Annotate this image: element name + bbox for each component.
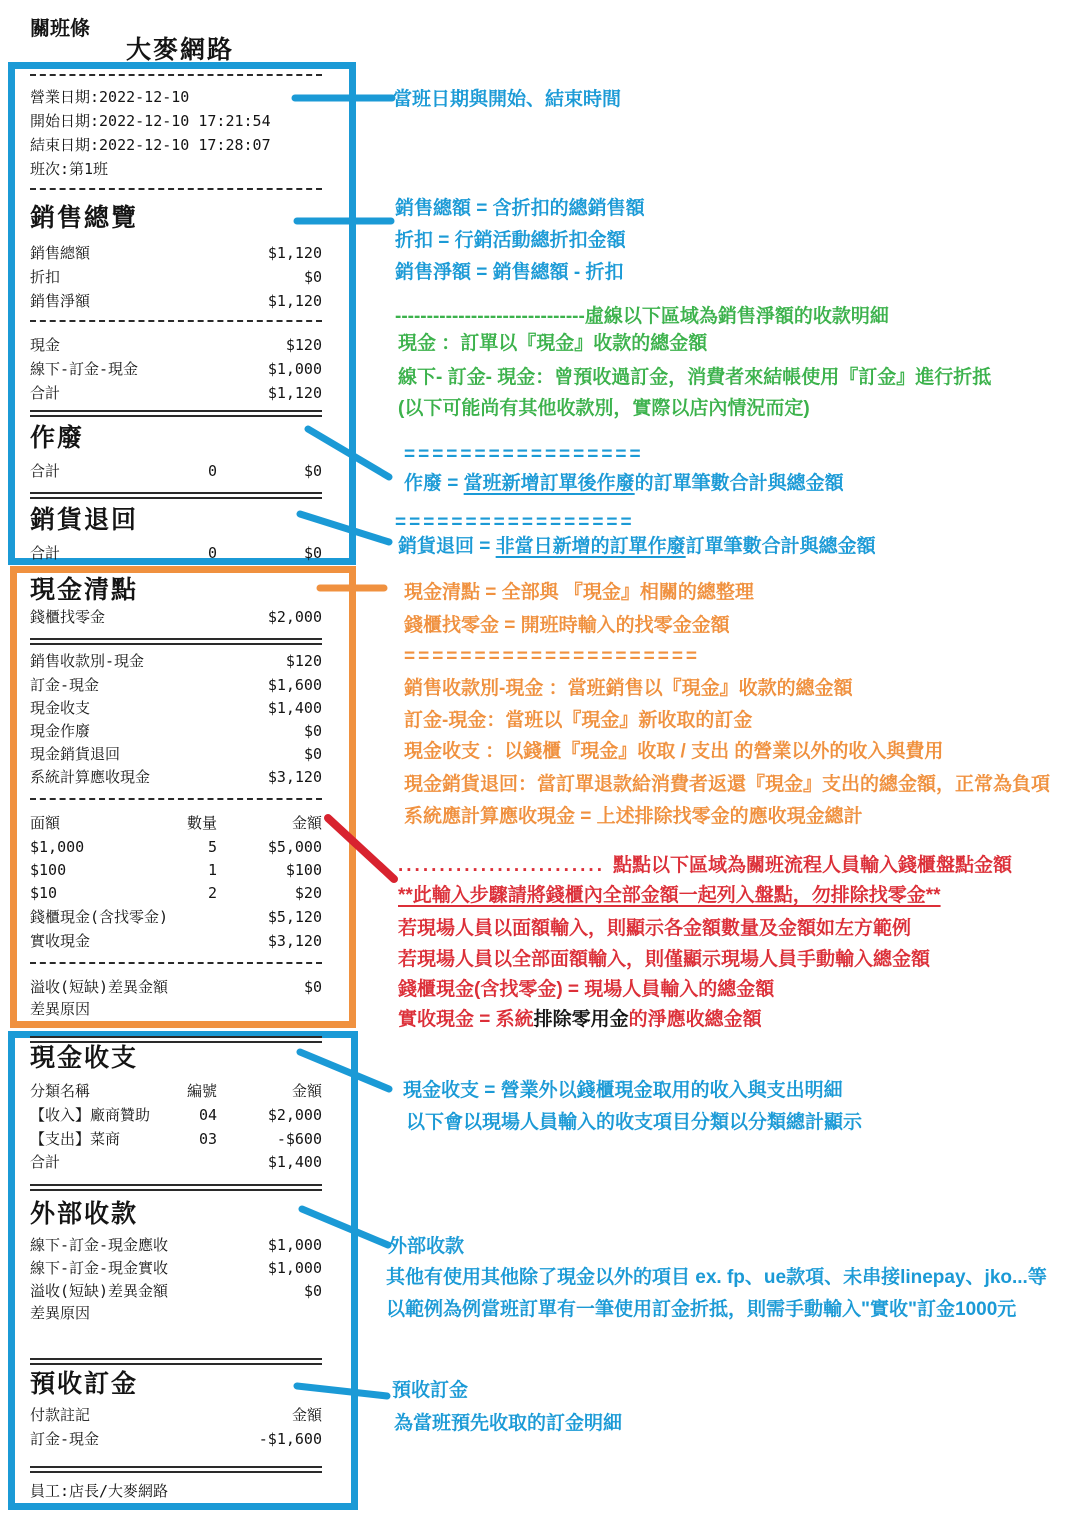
row-label: 現金收支: [30, 697, 217, 719]
row-label: 銷售淨額: [30, 290, 217, 312]
note-system-expected-cash: 系統應計算應收現金 = 上述排除找零金的應收現金總計: [404, 805, 863, 829]
row-value: $0: [217, 1280, 322, 1302]
row-cash-inout: 現金收支$1,400: [30, 697, 322, 719]
row-external-diff: 溢收(短缺)差異金額$0: [30, 1280, 322, 1302]
note-external-other-items: 其他有使用其他除了現金以外的項目 ex. fp、ue款項、未串接linepay、…: [386, 1266, 1047, 1290]
row-label: 合計: [30, 460, 162, 482]
row-label: 線下-訂金-現金實收: [30, 1257, 217, 1279]
divider-dashed: [30, 320, 322, 322]
row-void-total: 合計0$0: [30, 460, 322, 482]
divider-dashed: [30, 188, 322, 190]
divider-dashed: [30, 962, 322, 964]
note-equals-separator: =====================: [404, 645, 700, 669]
row-over-short-diff: 溢收(短缺)差異金額$0: [30, 976, 322, 998]
row-income-vendor-sponsor: 【收入】廠商贊助04$2,000: [30, 1104, 322, 1126]
row-value: $1,400: [217, 697, 322, 719]
divider-double: [30, 638, 322, 645]
note-cash-pay: 現金 ：訂單以『現金』收款的總金額: [398, 332, 707, 356]
note-part: 銷貨退回 =: [398, 536, 496, 557]
row-drawer-cash-with-float: 錢櫃現金(含找零金)$5,120: [30, 906, 322, 928]
page-label: 關班條: [30, 12, 90, 41]
shift-start-time: 開始日期:2022-12-10 17:21:54: [30, 110, 322, 132]
row-label: 系統計算應收現金: [30, 766, 217, 788]
row-denomination-header: 面額數量金額: [30, 812, 322, 834]
row-count: 1: [162, 859, 217, 881]
row-label: 合計: [30, 542, 162, 564]
row-drawer-float: 錢櫃找零金$2,000: [30, 606, 322, 628]
note-cash-io-definition: 現金收支 = 營業外以錢櫃現金取用的收入與支出明細: [403, 1079, 843, 1103]
row-label: 溢收(短缺)差異金額: [30, 1280, 217, 1302]
row-value: $0: [217, 542, 322, 564]
row-count: 5: [162, 836, 217, 858]
note-part-underlined: 非當日新增的訂單作廢: [496, 536, 686, 557]
row-label: 合計: [30, 1151, 217, 1173]
row-deposit-cash-entry: 訂金-現金-$1,600: [30, 1428, 322, 1450]
shift-line: 開始日期:2022-12-10 17:21:54: [30, 110, 322, 132]
row-value: $5,120: [217, 906, 322, 928]
note-actual-cash: 實收現金 = 系統排除零用金的淨應收總金額: [398, 1008, 762, 1032]
row-value: $0: [217, 743, 322, 765]
section-header-external: 外部收款: [30, 1200, 138, 1228]
row-diff-reason: 差異原因: [30, 998, 322, 1020]
note-count-all-warning: **此輸入步驟請將錢櫃內全部金額一起列入盤點，勿排除找零金**: [398, 884, 941, 908]
row-sales-total: 銷售總額$1,120: [30, 242, 322, 264]
divider-double: [30, 410, 322, 417]
row-value: $1,000: [217, 1257, 322, 1279]
row-actual-cash: 實收現金$3,120: [30, 930, 322, 952]
divider-double: [30, 492, 322, 499]
col-label: 金額: [217, 812, 322, 834]
note-returns-definition: 銷貨退回 = 非當日新增的訂單作廢訂單筆數合計與總金額: [398, 535, 876, 559]
note-dotted-region: .........................點點以下區域為關班流程人員輸入…: [398, 854, 1012, 878]
row-value: $1,000: [217, 358, 322, 380]
row-deposit-cash: 訂金-現金$1,600: [30, 674, 322, 696]
row-label: 現金作廢: [30, 720, 217, 742]
row-value: $0: [217, 720, 322, 742]
note-void-definition: 作廢 = 當班新增訂單後作廢的訂單筆數合計與總金額: [404, 472, 844, 496]
note-sales-total: 銷售總額 = 含折扣的總銷售額: [395, 197, 645, 221]
note-drawer-cash-with-float: 錢櫃現金(含找零金) = 現場人員輸入的總金額: [398, 978, 774, 1002]
note-shift-dates: 當班日期與開始、結束時間: [393, 88, 621, 112]
note-other-pay-types: (以下可能尚有其他收款別，實際以店內情況而定): [398, 397, 810, 421]
row-label: $1,000: [30, 836, 162, 858]
row-label: 差異原因: [30, 998, 322, 1020]
row-label: 【收入】廠商贊助: [30, 1104, 162, 1126]
note-cash-inout: 現金收支 ：以錢櫃『現金』收取 / 支出 的營業以外的收入與費用: [404, 740, 943, 764]
row-system-expected-cash: 系統計算應收現金$3,120: [30, 766, 322, 788]
row-value: $1,120: [217, 290, 322, 312]
row-label: 溢收(短缺)差異金額: [30, 976, 217, 998]
row-label: 現金銷貨退回: [30, 743, 217, 765]
col-label: 面額: [30, 812, 162, 834]
shift-business-date: 營業日期:2022-12-10: [30, 86, 322, 108]
row-value: $1,120: [217, 242, 322, 264]
row-label: 實收現金: [30, 930, 217, 952]
row-label: $10: [30, 882, 162, 904]
note-dashed-region: ------------------------------虛線以下區域為銷售淨…: [395, 305, 889, 329]
row-label: 訂金-現金: [30, 674, 217, 696]
store-title: 大麥網路: [126, 30, 234, 66]
note-external-title: 外部收款: [388, 1235, 464, 1259]
row-pay-cash: 現金$120: [30, 334, 322, 356]
row-label: 折扣: [30, 266, 217, 288]
note-offline-deposit-cash: 線下- 訂金- 現金：曾預收過訂金，消費者來結帳使用『訂金』進行折抵: [398, 366, 991, 390]
col-label: 金額: [217, 1404, 322, 1426]
row-value: $1,400: [217, 1151, 322, 1173]
note-part-dark: 排除零用金: [534, 1009, 629, 1030]
row-label: 線下-訂金-現金應收: [30, 1234, 217, 1256]
row-value: $0: [217, 266, 322, 288]
col-label: 金額: [217, 1080, 322, 1102]
row-value: -$1,600: [217, 1428, 322, 1450]
row-value: $2,000: [217, 1104, 322, 1126]
note-net-sales: 銷售淨額 = 銷售總額 - 折扣: [395, 261, 624, 285]
row-value: $3,120: [217, 766, 322, 788]
row-cash-returns: 現金銷貨退回$0: [30, 743, 322, 765]
row-count: 2: [162, 882, 217, 904]
row-value: $1,120: [217, 382, 322, 404]
note-deposit-detail: 為當班預先收取的訂金明細: [394, 1412, 622, 1436]
section-header-cash-io: 現金收支: [30, 1044, 138, 1072]
note-total-entry: 若現場人員以全部面額輸入，則僅顯示現場人員手動輸入總金額: [398, 948, 930, 972]
note-part: 點點以下區域為關班流程人員輸入錢櫃盤點金額: [613, 855, 1012, 876]
note-deposit-cash: 訂金-現金：當班以『現金』新收取的訂金: [404, 709, 752, 733]
note-external-example: 以範例為例當班訂單有一筆使用訂金折抵，則需手動輸入"實收"訂金1000元: [386, 1298, 1016, 1322]
note-cash-returns: 現金銷貨退回：當訂單退款給消費者返還『現金』支出的總金額，正常為負項: [404, 773, 1050, 797]
row-label: 合計: [30, 382, 217, 404]
row-count: 0: [162, 542, 217, 564]
row-value: $20: [217, 882, 322, 904]
note-discount: 折扣 = 行銷活動總折扣金額: [395, 229, 626, 253]
shift-line: 營業日期:2022-12-10: [30, 86, 322, 108]
note-drawer-float: 錢櫃找零金 = 開班時輸入的找零金金額: [404, 614, 730, 638]
shift-number: 班次:第1班: [30, 158, 322, 180]
col-label: 數量: [162, 812, 217, 834]
divider-dashed: [30, 798, 322, 800]
shift-line: 結束日期:2022-12-10 17:28:07: [30, 134, 322, 156]
note-deposit-title: 預收訂金: [392, 1379, 468, 1403]
row-label: 錢櫃現金(含找零金): [30, 906, 217, 928]
note-part: 訂單筆數合計與總金額: [686, 536, 876, 557]
note-cash-count-definition: 現金清點 = 全部與 『現金』相關的總整理: [404, 581, 754, 605]
row-code: 04: [162, 1104, 217, 1126]
note-part-underlined: 當班新增訂單後作廢: [464, 473, 635, 494]
row-net-sales: 銷售淨額$1,120: [30, 290, 322, 312]
row-label: 線下-訂金-現金: [30, 358, 217, 380]
note-equals-separator: =================: [395, 511, 635, 535]
row-cash-void: 現金作廢$0: [30, 720, 322, 742]
row-sales-cash: 銷售收款別-現金$120: [30, 650, 322, 672]
section-header-sales-overview: 銷售總覽: [30, 204, 138, 232]
note-cash-io-grouping: 以下會以現場人員輸入的收支項目分類以分類總計顯示: [406, 1111, 862, 1135]
section-header-void: 作廢: [30, 424, 84, 452]
row-cash-io-total: 合計$1,400: [30, 1151, 322, 1173]
row-value: $100: [217, 859, 322, 881]
shift-end-time: 結束日期:2022-12-10 17:28:07: [30, 134, 322, 156]
col-label: 分類名稱: [30, 1080, 162, 1102]
shift-line: 班次:第1班: [30, 158, 322, 180]
note-part: 實收現金 = 系統: [398, 1009, 534, 1030]
note-denomination-entry: 若現場人員以面額輸入，則顯示各金額數量及金額如左方範例: [398, 917, 911, 941]
row-external-actual: 線下-訂金-現金實收$1,000: [30, 1257, 322, 1279]
row-label: $100: [30, 859, 162, 881]
note-part: 的淨應收總金額: [629, 1009, 762, 1030]
row-label: 差異原因: [30, 1302, 322, 1324]
row-value: $1,000: [217, 1234, 322, 1256]
row-deposit-columns: 付款註記金額: [30, 1404, 322, 1426]
row-value: $3,120: [217, 930, 322, 952]
row-returns-total: 合計0$0: [30, 542, 322, 564]
row-expense-grocer: 【支出】菜商03-$600: [30, 1128, 322, 1150]
col-label: 編號: [162, 1080, 217, 1102]
row-label: 錢櫃找零金: [30, 606, 217, 628]
row-label: 【支出】菜商: [30, 1128, 162, 1150]
section-header-returns: 銷貨退回: [30, 506, 138, 534]
row-count: 0: [162, 460, 217, 482]
row-value: $1,600: [217, 674, 322, 696]
row-code: 03: [162, 1128, 217, 1150]
row-value: $5,000: [217, 836, 322, 858]
row-label: 銷售總額: [30, 242, 217, 264]
row-label: 訂金-現金: [30, 1428, 217, 1450]
row-value: $120: [217, 650, 322, 672]
row-denom-10: $102$20: [30, 882, 322, 904]
row-value: $2,000: [217, 606, 322, 628]
row-employee: 員工:店長/大麥網路: [30, 1480, 322, 1502]
row-pay-total: 合計$1,120: [30, 382, 322, 404]
note-sales-cash: 銷售收款別-現金 ：當班銷售以『現金』收款的總金額: [404, 677, 853, 701]
note-part: 的訂單筆數合計與總金額: [635, 473, 844, 494]
row-pay-offline-deposit-cash: 線下-訂金-現金$1,000: [30, 358, 322, 380]
note-dots: .........................: [398, 855, 605, 876]
row-discount: 折扣$0: [30, 266, 322, 288]
annotated-closing-slip: 關班條 大麥網路 營業日期:2022-12-10 開始日期:2022-12-10…: [0, 0, 1075, 1519]
divider-double: [30, 1184, 322, 1191]
row-value: $0: [217, 460, 322, 482]
note-equals-separator: =================: [404, 443, 644, 467]
col-label: 付款註記: [30, 1404, 217, 1426]
row-label: 現金: [30, 334, 217, 356]
section-header-cash-count: 現金清點: [30, 576, 138, 604]
divider-double: [30, 1466, 322, 1473]
row-value: $120: [217, 334, 322, 356]
row-label: 銷售收款別-現金: [30, 650, 217, 672]
row-denom-1000: $1,0005$5,000: [30, 836, 322, 858]
row-value: -$600: [217, 1128, 322, 1150]
note-part: 作廢 =: [404, 473, 464, 494]
section-header-deposit: 預收訂金: [30, 1370, 138, 1398]
row-label: 員工:店長/大麥網路: [30, 1480, 322, 1502]
divider-double: [30, 1358, 322, 1365]
row-external-expected: 線下-訂金-現金應收$1,000: [30, 1234, 322, 1256]
row-cash-io-columns: 分類名稱編號金額: [30, 1080, 322, 1102]
row-external-diff-reason: 差異原因: [30, 1302, 322, 1324]
divider-double: [30, 1036, 322, 1043]
row-denom-100: $1001$100: [30, 859, 322, 881]
divider-dashed: [30, 74, 322, 76]
row-value: $0: [217, 976, 322, 998]
